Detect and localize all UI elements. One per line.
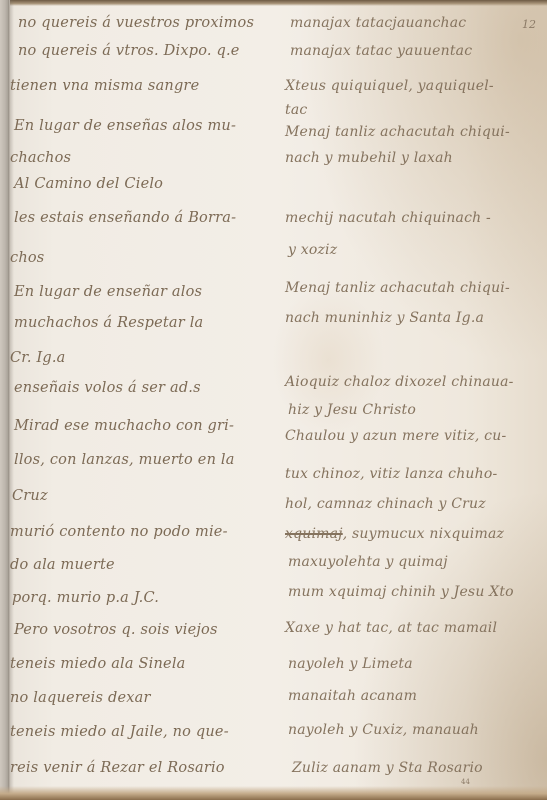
manuscript-line: Pero vosotros q. sois viejos bbox=[14, 622, 218, 638]
manuscript-line: nach y mubehil y laxah bbox=[285, 150, 453, 166]
manuscript-line: mechij nacutah chiquinach - bbox=[285, 210, 491, 226]
manuscript-line: Al Camino del Cielo bbox=[14, 176, 163, 192]
manuscript-line: no quereis á vtros. Dixpo. q.e bbox=[18, 43, 240, 59]
manuscript-line: Cruz bbox=[12, 488, 48, 504]
manuscript-line: tienen vna misma sangre bbox=[10, 78, 199, 94]
manuscript-line: tux chinoz, vitiz lanza chuho- bbox=[285, 466, 497, 482]
manuscript-line: Menaj tanliz achacutah chiqui- bbox=[285, 124, 510, 140]
manuscript-line: chachos bbox=[10, 150, 71, 166]
manuscript-line: maxuyolehta y quimaj bbox=[288, 554, 448, 570]
folio-number: 12 bbox=[522, 18, 536, 31]
manuscript-line: Xaxe y hat tac, at tac mamail bbox=[285, 620, 497, 636]
manuscript-line: Aioquiz chaloz dixozel chinaua- bbox=[285, 374, 514, 390]
manuscript-line: chos bbox=[10, 250, 44, 266]
manuscript-line: llos, con lanzas, muerto en la bbox=[14, 452, 235, 468]
manuscript-line: y xoziz bbox=[288, 242, 337, 258]
catchword: 44 bbox=[461, 778, 470, 786]
manuscript-line: manajax tatacjauanchac bbox=[290, 15, 466, 31]
manuscript-line: teneis miedo al Jaile, no que- bbox=[10, 724, 229, 740]
manuscript-line: nach muninhiz y Santa Ig.a bbox=[285, 310, 484, 326]
line-remainder: , suymucux nixquimaz bbox=[343, 526, 504, 542]
manuscript-line: tac bbox=[285, 102, 307, 118]
manuscript-line: Mirad ese muchacho con gri- bbox=[14, 418, 234, 434]
manuscript-line: nayoleh y Cuxiz, manauah bbox=[288, 722, 479, 738]
manuscript-line: no laquereis dexar bbox=[10, 690, 151, 706]
manuscript-line: no quereis á vuestros proximos bbox=[18, 15, 254, 31]
manuscript-line: hiz y Jesu Christo bbox=[288, 402, 416, 418]
manuscript-line: Xteus quiquiquel, yaquiquel- bbox=[285, 78, 494, 94]
manuscript-line: nayoleh y Limeta bbox=[288, 656, 413, 672]
page-bottom-edge bbox=[0, 786, 547, 800]
manuscript-line: Menaj tanliz achacutah chiqui- bbox=[285, 280, 510, 296]
manuscript-line: les estais enseñando á Borra- bbox=[14, 210, 236, 226]
manuscript-line: mum xquimaj chinih y Jesu Xto bbox=[288, 584, 514, 600]
struck-word: xquimaj bbox=[285, 526, 343, 542]
manuscript-line: murió contento no podo mie- bbox=[10, 524, 228, 540]
manuscript-line: porq. murio p.a J.C. bbox=[12, 590, 159, 606]
manuscript-line: manaitah acanam bbox=[288, 688, 417, 704]
manuscript-line: manajax tatac yauuentac bbox=[290, 43, 472, 59]
page-top-edge bbox=[0, 0, 547, 6]
manuscript-line: En lugar de enseñar alos bbox=[14, 284, 202, 300]
manuscript-line: Cr. Ig.a bbox=[10, 350, 66, 366]
manuscript-line: xquimaj, suymucux nixquimaz bbox=[285, 526, 504, 542]
manuscript-line: hol, camnaz chinach y Cruz bbox=[285, 496, 486, 512]
manuscript-line: reis venir á Rezar el Rosario bbox=[10, 760, 225, 776]
manuscript-line: enseñais volos á ser ad.s bbox=[14, 380, 201, 396]
manuscript-line: do ala muerte bbox=[10, 557, 115, 573]
manuscript-line: En lugar de enseñas alos mu- bbox=[14, 118, 236, 134]
manuscript-line: muchachos á Respetar la bbox=[14, 315, 203, 331]
manuscript-line: Zuliz aanam y Sta Rosario bbox=[292, 760, 483, 776]
manuscript-line: Chaulou y azun mere vitiz, cu- bbox=[285, 428, 506, 444]
manuscript-line: teneis miedo ala Sinela bbox=[10, 656, 186, 672]
manuscript-page: 12 44 no quereis á vuestros proximosno q… bbox=[0, 0, 547, 800]
